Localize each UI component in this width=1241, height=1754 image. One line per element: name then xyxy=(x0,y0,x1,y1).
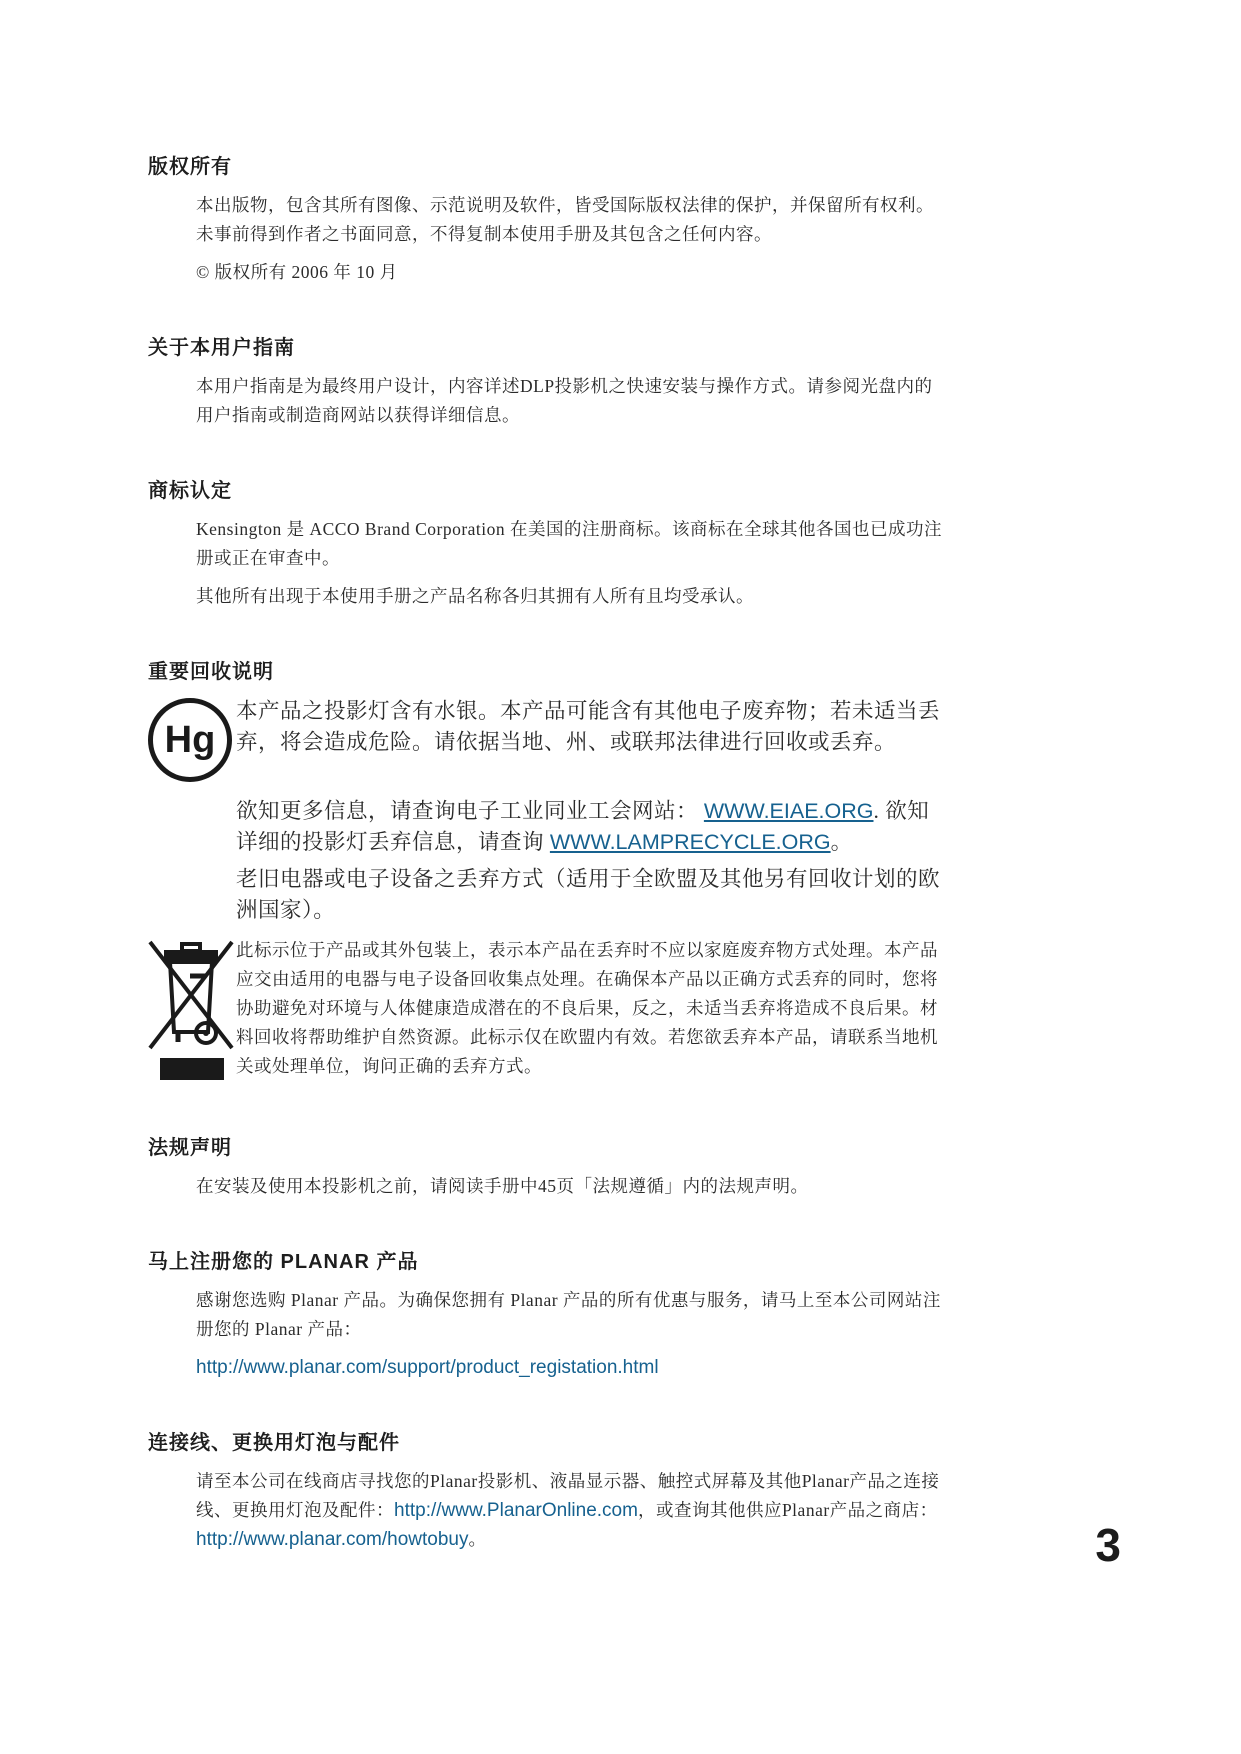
accessories-body-mid: ，或查询其他供应Planar产品之商店： xyxy=(638,1500,938,1520)
copyright-heading: 版权所有 xyxy=(148,150,948,179)
section-regulatory: 法规声明 在安装及使用本投影机之前，请阅读手册中45页「法规遵循」内的法规声明。 xyxy=(148,1131,948,1201)
howtobuy-link[interactable]: http://www.planar.com/howtobuy xyxy=(196,1529,468,1550)
document-page: 版权所有 本出版物，包含其所有图像、示范说明及软件，皆受国际版权法律的保护，并保… xyxy=(0,0,1241,1754)
recycling-info-pre: 欲知更多信息，请查询电子工业同业工会网站： xyxy=(236,799,704,823)
weee-notice-row: 此标示位于产品或其外包装上，表示本产品在丢弃时不应以家庭废弃物方式处理。本产品应… xyxy=(148,936,948,1087)
page-number: 3 xyxy=(1095,1518,1121,1572)
accessories-body: 请至本公司在线商店寻找您的Planar投影机、液晶显示器、触控式屏幕及其他Pla… xyxy=(196,1467,948,1554)
section-trademark: 商标认定 Kensington 是 ACCO Brand Corporation… xyxy=(148,474,948,611)
register-link-line: http://www.planar.com/support/product_re… xyxy=(196,1353,948,1382)
mercury-notice-row: Hg 本产品之投影灯含有水银。本产品可能含有其他电子废弃物；若未适当丢弃，将会造… xyxy=(148,696,948,782)
about-guide-heading: 关于本用户指南 xyxy=(148,331,948,360)
trademark-body-2: 其他所有出现于本使用手册之产品名称各归其拥有人所有且均受承认。 xyxy=(196,582,948,611)
lamprecycle-link[interactable]: WWW.LAMPRECYCLE.ORG xyxy=(550,830,831,854)
section-recycling: 重要回收说明 Hg 本产品之投影灯含有水银。本产品可能含有其他电子废弃物；若未适… xyxy=(148,655,948,1087)
accessories-body-post: 。 xyxy=(468,1529,486,1549)
weee-crossed-bin-icon xyxy=(148,936,234,1082)
section-copyright: 版权所有 本出版物，包含其所有图像、示范说明及软件，皆受国际版权法律的保护，并保… xyxy=(148,150,948,287)
trademark-heading: 商标认定 xyxy=(148,474,948,503)
page-content: 版权所有 本出版物，包含其所有图像、示范说明及软件，皆受国际版权法律的保护，并保… xyxy=(148,150,948,1554)
weee-body: 此标示位于产品或其外包装上，表示本产品在丢弃时不应以家庭废弃物方式处理。本产品应… xyxy=(236,936,948,1081)
planaronline-link[interactable]: http://www.PlanarOnline.com xyxy=(394,1500,638,1521)
mercury-hg-icon-label: Hg xyxy=(165,721,216,759)
mercury-hg-icon: Hg xyxy=(148,698,232,782)
weee-bar xyxy=(160,1058,224,1080)
recycling-info-post: 。 xyxy=(831,830,853,854)
section-accessories: 连接线、更换用灯泡与配件 请至本公司在线商店寻找您的Planar投影机、液晶显示… xyxy=(148,1426,948,1554)
recycling-info-paragraph: 欲知更多信息，请查询电子工业同业工会网站： WWW.EIAE.ORG. 欲知详细… xyxy=(236,796,948,858)
recycling-heading: 重要回收说明 xyxy=(148,655,948,684)
regulatory-heading: 法规声明 xyxy=(148,1131,948,1160)
register-heading: 马上注册您的 PLANAR 产品 xyxy=(148,1245,948,1274)
section-about-guide: 关于本用户指南 本用户指南是为最终用户设计，内容详述DLP投影机之快速安装与操作… xyxy=(148,331,948,430)
register-body: 感谢您选购 Planar 产品。为确保您拥有 Planar 产品的所有优惠与服务… xyxy=(196,1286,948,1344)
section-register-product: 马上注册您的 PLANAR 产品 感谢您选购 Planar 产品。为确保您拥有 … xyxy=(148,1245,948,1382)
product-registration-link[interactable]: http://www.planar.com/support/product_re… xyxy=(196,1357,659,1378)
trademark-body-1: Kensington 是 ACCO Brand Corporation 在美国的… xyxy=(196,515,948,573)
accessories-heading: 连接线、更换用灯泡与配件 xyxy=(148,1426,948,1455)
mercury-body: 本产品之投影灯含有水银。本产品可能含有其他电子废弃物；若未适当丢弃，将会造成危险… xyxy=(236,696,948,758)
eiae-link[interactable]: WWW.EIAE.ORG xyxy=(704,799,874,823)
copyright-body: 本出版物，包含其所有图像、示范说明及软件，皆受国际版权法律的保护，并保留所有权利… xyxy=(196,191,948,249)
eu-disposal-body: 老旧电器或电子设备之丢弃方式（适用于全欧盟及其他另有回收计划的欧洲国家）。 xyxy=(236,864,948,926)
about-guide-body: 本用户指南是为最终用户设计，内容详述DLP投影机之快速安装与操作方式。请参阅光盘… xyxy=(196,372,948,430)
regulatory-body: 在安装及使用本投影机之前，请阅读手册中45页「法规遵循」内的法规声明。 xyxy=(196,1172,948,1201)
copyright-notice: © 版权所有 2006 年 10 月 xyxy=(196,258,948,287)
